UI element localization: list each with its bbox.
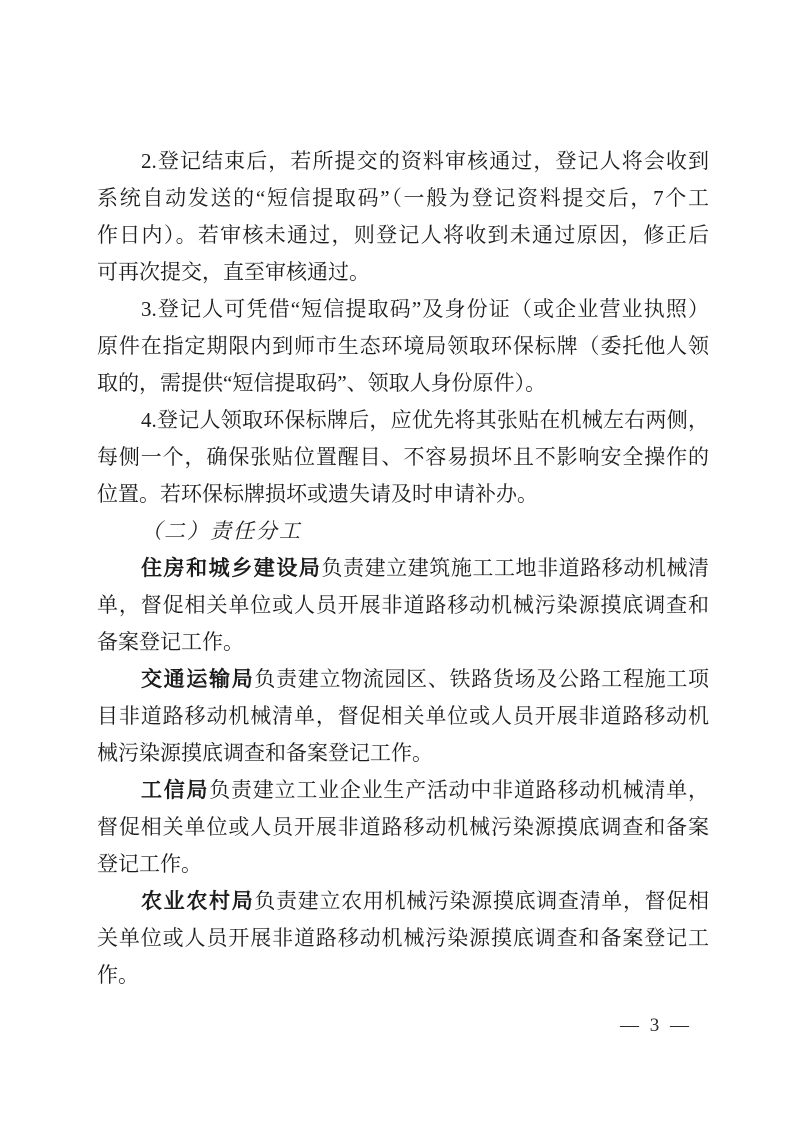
body-text-line: 作。 bbox=[97, 957, 709, 994]
body-text-line: 农业农村局负责建立农用机械污染源摸底调查清单，督促相 bbox=[97, 883, 709, 920]
department-name: 交通运输局 bbox=[141, 667, 254, 691]
department-name: 农业农村局 bbox=[141, 889, 254, 913]
body-text-span: 负责建立物流园区、铁路货场及公路工程施工项 bbox=[254, 667, 709, 691]
body-text-line: 单，督促相关单位或人员开展非道路移动机械污染源摸底调查和 bbox=[97, 587, 709, 624]
body-text-line: 3.登记人可凭借“短信提取码”及身份证（或企业营业执照） bbox=[97, 291, 709, 328]
body-text-line: 可再次提交，直至审核通过。 bbox=[97, 254, 709, 291]
body-text-line: 系统自动发送的“短信提取码”（一般为登记资料提交后，7个工 bbox=[97, 180, 709, 217]
body-text-line: 原件在指定期限内到师市生态环境局领取环保标牌（委托他人领 bbox=[97, 328, 709, 365]
department-name: 工信局 bbox=[141, 778, 209, 802]
document-body: 2.登记结束后，若所提交的资料审核通过，登记人将会收到 系统自动发送的“短信提取… bbox=[97, 143, 709, 994]
body-text-line: 交通运输局负责建立物流园区、铁路货场及公路工程施工项 bbox=[97, 661, 709, 698]
body-text-line: 备案登记工作。 bbox=[97, 624, 709, 661]
document-page: 2.登记结束后，若所提交的资料审核通过，登记人将会收到 系统自动发送的“短信提取… bbox=[0, 0, 796, 1128]
body-text-line: 2.登记结束后，若所提交的资料审核通过，登记人将会收到 bbox=[97, 143, 709, 180]
body-text-line: 登记工作。 bbox=[97, 846, 709, 883]
body-text-line: 每侧一个，确保张贴位置醒目、不容易损坏且不影响安全操作的 bbox=[97, 439, 709, 476]
body-text-line: 位置。若环保标牌损坏或遗失请及时申请补办。 bbox=[97, 476, 709, 513]
body-text-line: 作日内）。若审核未通过，则登记人将收到未通过原因，修正后 bbox=[97, 217, 709, 254]
body-text-line: 4.登记人领取环保标牌后，应优先将其张贴在机械左右两侧， bbox=[97, 402, 709, 439]
body-text-line: 督促相关单位或人员开展非道路移动机械污染源摸底调查和备案 bbox=[97, 809, 709, 846]
body-text-line: 目非道路移动机械清单，督促相关单位或人员开展非道路移动机 bbox=[97, 698, 709, 735]
body-text-span: 负责建立农用机械污染源摸底调查清单，督促相 bbox=[254, 889, 709, 913]
body-text-line: 关单位或人员开展非道路移动机械污染源摸底调查和备案登记工 bbox=[97, 920, 709, 957]
body-text-line: 工信局负责建立工业企业生产活动中非道路移动机械清单， bbox=[97, 772, 709, 809]
department-name: 住房和城乡建设局 bbox=[141, 556, 321, 580]
section-heading: （二）责任分工 bbox=[97, 513, 709, 550]
body-text-line: 取的，需提供“短信提取码”、领取人身份原件）。 bbox=[97, 365, 709, 402]
page-number: — 3 — bbox=[616, 1014, 696, 1038]
body-text-line: 住房和城乡建设局负责建立建筑施工工地非道路移动机械清 bbox=[97, 550, 709, 587]
body-text-span: 负责建立工业企业生产活动中非道路移动机械清单， bbox=[209, 778, 709, 802]
body-text-line: 械污染源摸底调查和备案登记工作。 bbox=[97, 735, 709, 772]
body-text-span: 负责建立建筑施工工地非道路移动机械清 bbox=[321, 556, 709, 580]
